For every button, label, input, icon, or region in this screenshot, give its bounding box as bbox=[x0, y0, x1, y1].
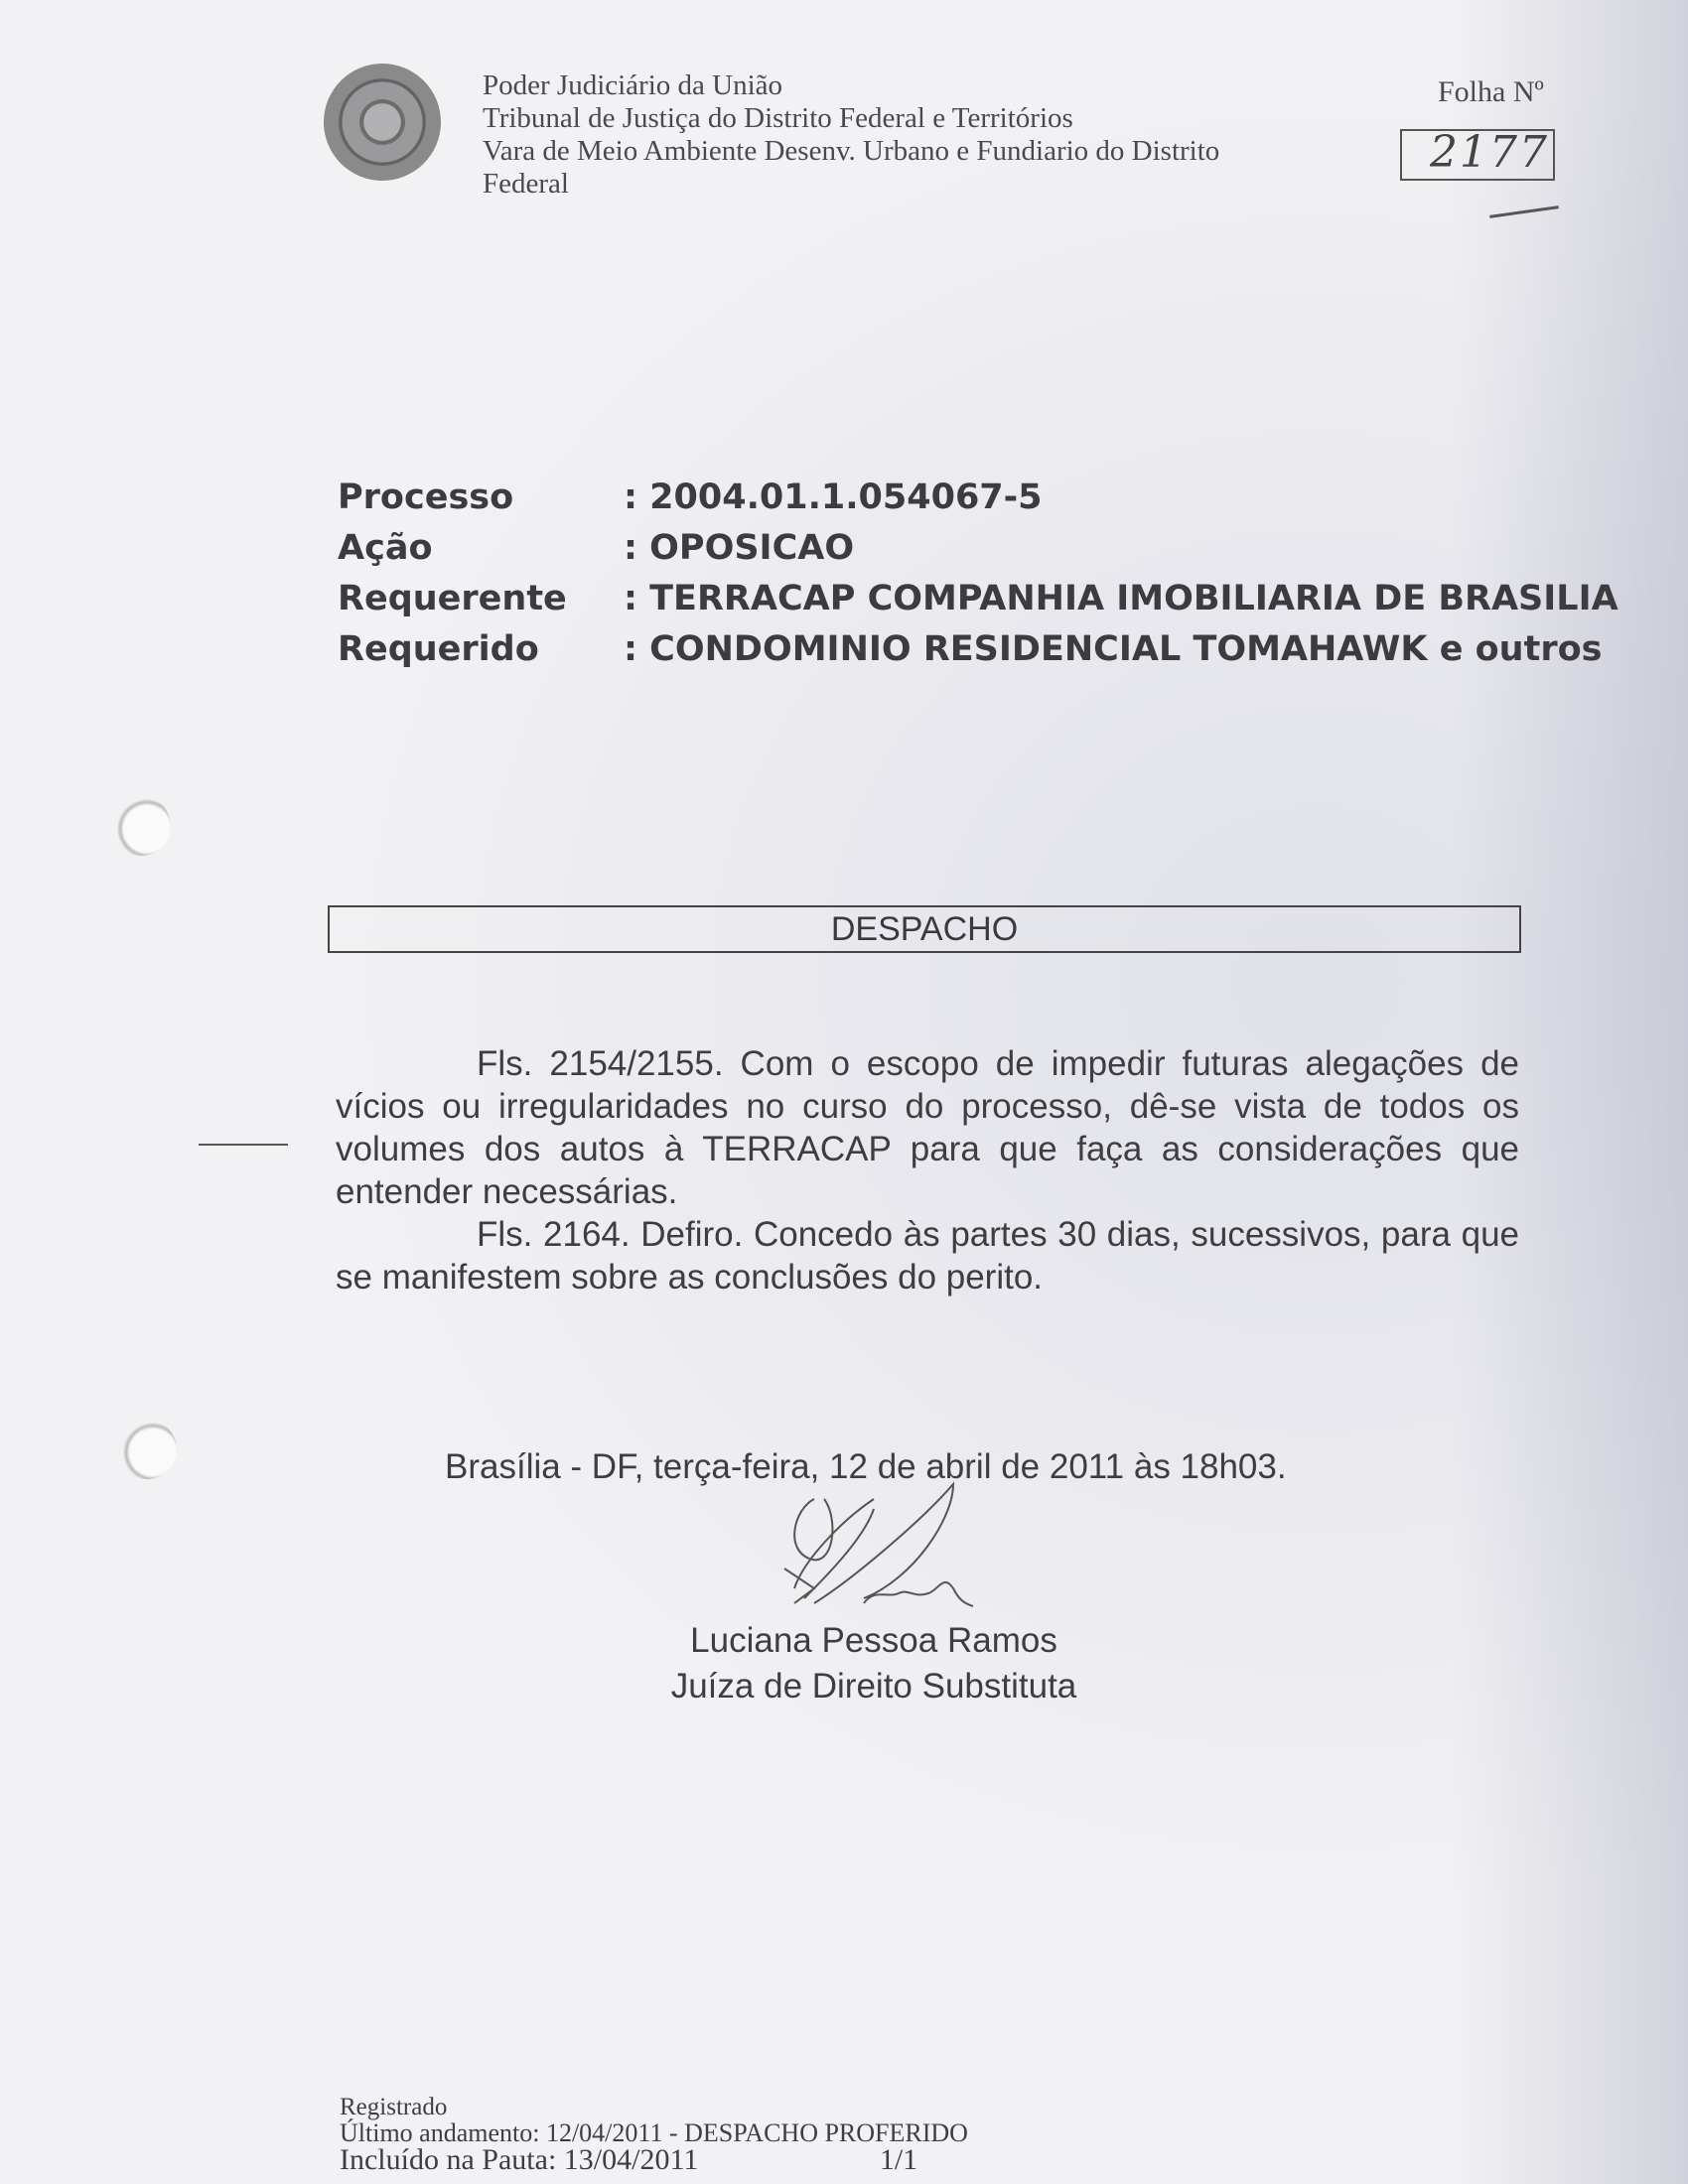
case-value: : 2004.01.1.054067-5 bbox=[624, 473, 1043, 523]
case-value: : OPOSICAO bbox=[624, 523, 854, 574]
folha-number: 2177 bbox=[1430, 127, 1549, 178]
case-row-requerido: Requerido : CONDOMINIO RESIDENCIAL TOMAH… bbox=[338, 624, 1618, 675]
paragraph: Fls. 2164. Defiro. Concedo às partes 30 … bbox=[336, 1213, 1519, 1298]
case-value: : CONDOMINIO RESIDENCIAL TOMAHAWK e outr… bbox=[624, 624, 1602, 675]
signer-title: Juíza de Direito Substituta bbox=[596, 1664, 1152, 1709]
punch-hole bbox=[117, 1420, 177, 1479]
case-row-requerente: Requerente : TERRACAP COMPANHIA IMOBILIA… bbox=[338, 574, 1618, 624]
page-number: 1/1 bbox=[880, 2146, 917, 2174]
paragraph: Fls. 2154/2155. Com o escopo de impedir … bbox=[336, 1042, 1519, 1213]
case-label: Processo bbox=[338, 473, 624, 523]
margin-mark bbox=[199, 1144, 288, 1146]
header-line: Federal bbox=[483, 168, 1219, 201]
case-row-processo: Processo : 2004.01.1.054067-5 bbox=[338, 473, 1618, 523]
footer-incluido-pauta: Incluído na Pauta: 13/04/2011 bbox=[340, 2143, 698, 2176]
court-header: Poder Judiciário da União Tribunal de Ju… bbox=[483, 69, 1219, 201]
case-info: Processo : 2004.01.1.054067-5 Ação : OPO… bbox=[338, 473, 1618, 675]
case-label: Requerente bbox=[338, 574, 624, 624]
signature-icon bbox=[755, 1479, 1053, 1618]
signer-name: Luciana Pessoa Ramos bbox=[596, 1618, 1152, 1664]
folha-label: Folha Nº bbox=[1438, 75, 1544, 109]
footer-pauta-line: Incluído na Pauta: 13/04/2011 1/1 bbox=[340, 2146, 968, 2174]
footer: Registrado Último andamento: 12/04/2011 … bbox=[340, 2095, 968, 2174]
header-line: Vara de Meio Ambiente Desenv. Urbano e F… bbox=[483, 135, 1219, 168]
case-row-acao: Ação : OPOSICAO bbox=[338, 523, 1618, 574]
case-label: Ação bbox=[338, 523, 624, 574]
case-label: Requerido bbox=[338, 624, 624, 675]
scanned-page: Poder Judiciário da União Tribunal de Ju… bbox=[0, 0, 1688, 2184]
case-value: : TERRACAP COMPANHIA IMOBILIARIA DE BRAS… bbox=[624, 574, 1618, 624]
header-line: Tribunal de Justiça do Distrito Federal … bbox=[483, 102, 1219, 135]
punch-hole bbox=[111, 796, 171, 856]
coat-of-arms-icon bbox=[324, 64, 441, 181]
document-title: DESPACHO bbox=[328, 905, 1521, 953]
handwritten-mark bbox=[1489, 205, 1559, 218]
header-line: Poder Judiciário da União bbox=[483, 69, 1219, 102]
despacho-body: Fls. 2154/2155. Com o escopo de impedir … bbox=[336, 1042, 1519, 1298]
footer-registrado: Registrado bbox=[340, 2095, 968, 2120]
signer-block: Luciana Pessoa Ramos Juíza de Direito Su… bbox=[596, 1618, 1152, 1709]
